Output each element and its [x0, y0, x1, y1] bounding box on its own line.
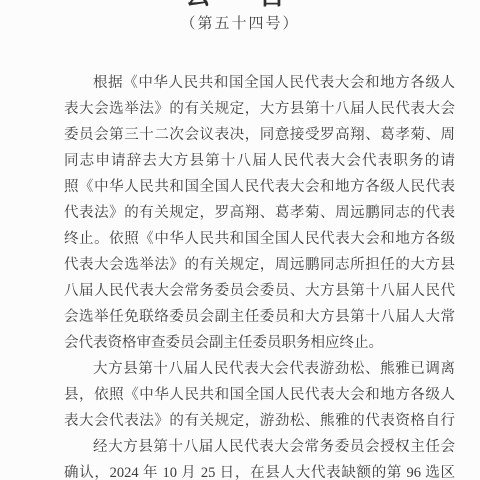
document-number: （第五十四号） [0, 14, 480, 34]
body-line: 根据《中华人民共和国全国人民代表大会和地方各级人民代 [64, 70, 455, 96]
body-line: 照《中华人民共和国全国人民代表大会和地方各级人民代表大会 [64, 174, 455, 200]
body-line: 会代表资格审查委员会副主任委员职务相应终止。 [64, 330, 455, 356]
body-line: 同志申请辞去大方县第十八届人民代表大会代表职务的请求。依 [64, 148, 455, 174]
body-line: 大方县第十八届人民代表大会代表游劲松、熊雅已调离大方 [64, 356, 455, 382]
body-line: 委员会第三十二次会议表决，同意接受罗高翔、葛孝菊、周远鹏 [64, 122, 455, 148]
document-title: 公 告 [0, 0, 480, 9]
body-line: 代表大会选举法》的有关规定，周远鹏同志所担任的大方县第十 [64, 252, 455, 278]
body-line: 表大会选举法》的有关规定，大方县第十八届人民代表大会常务 [64, 96, 455, 122]
body-line: 八届人民代表大会常务委员会委员、大方县第十八届人民代表大 [64, 278, 455, 304]
document-body: 根据《中华人民共和国全国人民代表大会和地方各级人民代 表大会选举法》的有关规定，… [0, 70, 480, 480]
body-line: 代表法》的有关规定，罗高翔、葛孝菊、周远鹏同志的代表资格 [64, 200, 455, 226]
body-line: 经大方县第十八届人民代表大会常务委员会授权主任会议 [64, 434, 455, 460]
announcement-document-page: 公 告 （第五十四号） 根据《中华人民共和国全国人民代表大会和地方各级人民代 表… [0, 0, 480, 480]
body-line: 表大会代表法》的有关规定，游劲松、熊雅的代表资格自行终止。 [64, 408, 455, 434]
body-line: 县，依照《中华人民共和国全国人民代表大会和地方各级人民代 [64, 382, 455, 408]
body-line: 终止。依照《中华人民共和国全国人民代表大会和地方各级人民 [64, 226, 455, 252]
body-line: 确认，2024 年 10 月 25 日，在县人大代表缺额的第 96 选区（八 [64, 460, 455, 480]
body-line: 会选举任免联络委员会副主任委员和大方县第十八届人大常委 [64, 304, 455, 330]
